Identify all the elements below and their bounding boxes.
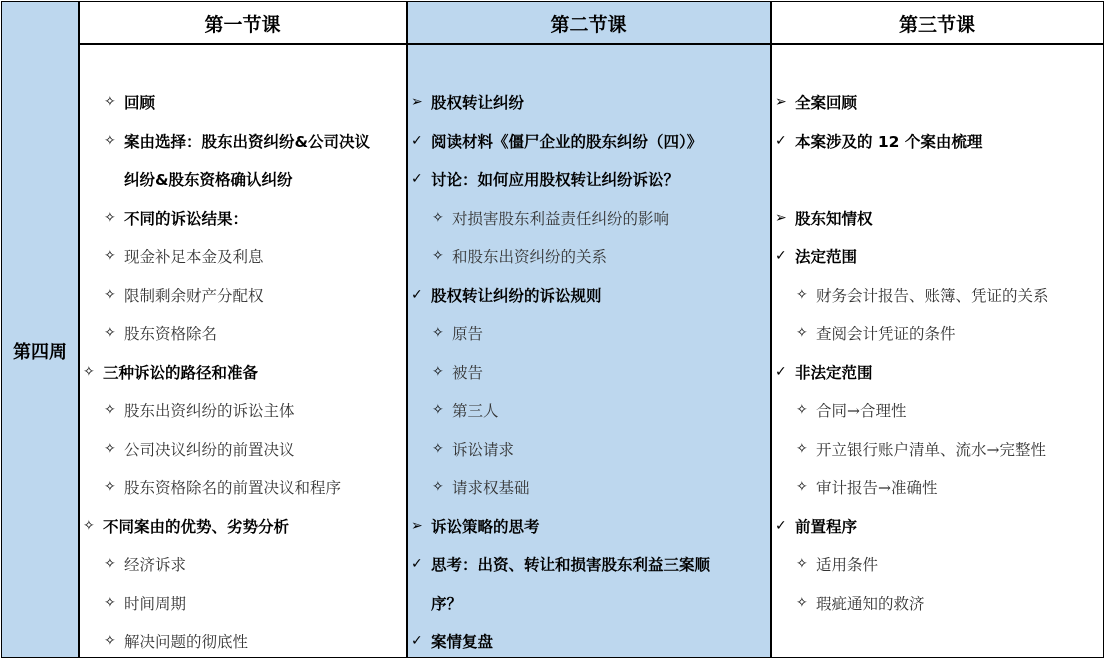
diamond-star-icon: ✧ (796, 595, 816, 611)
list-item-text: 全案回顾 (795, 91, 857, 113)
diamond-star-icon: ✧ (104, 248, 124, 264)
check-icon: ✓ (411, 171, 431, 187)
list-item-text: 限制剩余财产分配权 (124, 284, 264, 306)
list-item: ✧限制剩余财产分配权 (104, 276, 264, 314)
list-item: ✧股东资格除名的前置决议和程序 (104, 468, 341, 506)
list-item: ✧不同的诉讼结果： (104, 199, 248, 237)
list-item-text: 诉讼请求 (452, 438, 514, 460)
list-item: ✧财务会计报告、账簿、凭证的关系 (796, 276, 1049, 314)
list-item-text: 第三人 (452, 399, 499, 421)
diamond-star-icon: ✧ (104, 633, 124, 649)
list-item-text: 前置程序 (795, 515, 857, 537)
diamond-star-icon: ✧ (796, 556, 816, 572)
diamond-star-icon: ✧ (796, 287, 816, 303)
list-item-text: 瑕疵通知的救济 (816, 592, 925, 614)
diamond-star-icon: ✧ (796, 441, 816, 457)
list-item-text: 时间周期 (124, 592, 186, 614)
list-item-text: 阅读材料《僵尸企业的股东纠纷（四）》 (431, 130, 702, 152)
list-item: ✧现金补足本金及利息 (104, 237, 264, 275)
list-item-text: 三种诉讼的路径和准备 (103, 361, 258, 383)
header-session-2: 第二节课 (407, 2, 770, 44)
arrowhead-icon: ➢ (411, 94, 431, 110)
week-label: 第四周 (2, 44, 78, 657)
list-item-text: 案情复盘 (431, 630, 493, 652)
check-icon: ✓ (775, 364, 795, 380)
diamond-star-icon: ✧ (432, 364, 452, 380)
list-item: ✓本案涉及的 12 个案由梳理 (775, 122, 982, 160)
header-session-3: 第三节课 (771, 2, 1103, 44)
list-item: ➢股权转让纠纷 (411, 83, 524, 121)
list-item-text: 请求权基础 (452, 476, 530, 498)
list-item: ✧解决问题的彻底性 (104, 622, 248, 660)
diamond-star-icon: ✧ (796, 402, 816, 418)
list-item: ✧不同案由的优势、劣势分析 (83, 507, 289, 545)
list-item-text: 对损害股东利益责任纠纷的影响 (452, 207, 669, 229)
list-item-text: 股东知情权 (795, 207, 873, 229)
list-item-text: 公司决议纠纷的前置决议 (124, 438, 295, 460)
list-item: ✓阅读材料《僵尸企业的股东纠纷（四）》 (411, 122, 702, 160)
list-item-text: 查阅会计凭证的条件 (816, 322, 956, 344)
list-item-text: 适用条件 (816, 553, 878, 575)
list-item: ✧股东出资纠纷的诉讼主体 (104, 391, 295, 429)
diamond-star-icon: ✧ (432, 210, 452, 226)
diamond-star-icon: ✧ (104, 441, 124, 457)
list-item: ✧合同→合理性 (796, 391, 907, 429)
divider (406, 2, 408, 657)
list-item-text: 法定范围 (795, 245, 857, 267)
list-item-text: 股权转让纠纷 (431, 91, 524, 113)
list-item-text: 股东资格除名 (124, 322, 217, 344)
list-item: ✓讨论：如何应用股权转让纠纷诉讼？ (411, 160, 679, 198)
list-item: ✧被告 (432, 353, 483, 391)
diamond-star-icon: ✧ (104, 133, 124, 149)
diamond-star-icon: ✧ (432, 325, 452, 341)
list-item-text: 股权转让纠纷的诉讼规则 (431, 284, 602, 306)
list-item-text: 和股东出资纠纷的关系 (452, 245, 607, 267)
list-item: ✧回顾 (104, 83, 155, 121)
list-item: ✧原告 (432, 314, 483, 352)
list-item-text: 案由选择：股东出资纠纷&公司决议 (124, 130, 370, 152)
list-item: 序？ (411, 584, 462, 622)
arrowhead-icon: ➢ (775, 210, 795, 226)
header-session-1: 第一节课 (79, 2, 406, 44)
list-item-text: 股东资格除名的前置决议和程序 (124, 476, 341, 498)
list-item: ✧经济诉求 (104, 545, 186, 583)
list-item-text: 讨论：如何应用股权转让纠纷诉讼？ (431, 168, 679, 190)
list-item: ➢诉讼策略的思考 (411, 507, 540, 545)
list-item-text: 不同的诉讼结果： (124, 207, 248, 229)
list-item-text: 合同→合理性 (816, 399, 907, 421)
divider (78, 2, 80, 657)
check-icon: ✓ (775, 518, 795, 534)
list-item: ✧瑕疵通知的救济 (796, 584, 925, 622)
diamond-star-icon: ✧ (796, 325, 816, 341)
diamond-star-icon: ✧ (104, 94, 124, 110)
list-item: ✧公司决议纠纷的前置决议 (104, 430, 295, 468)
list-item-text: 开立银行账户清单、流水→完整性 (816, 438, 1046, 460)
list-item-text: 审计报告→准确性 (816, 476, 938, 498)
list-item: ✧审计报告→准确性 (796, 468, 938, 506)
list-item: ➢股东知情权 (775, 199, 873, 237)
list-item (775, 160, 795, 198)
list-item: 纠纷&股东资格确认纠纷 (104, 160, 293, 198)
diamond-star-icon: ✧ (104, 556, 124, 572)
check-icon: ✓ (411, 287, 431, 303)
list-item: ✧诉讼请求 (432, 430, 514, 468)
list-item-text: 原告 (452, 322, 483, 344)
diamond-star-icon: ✧ (432, 441, 452, 457)
diamond-star-icon: ✧ (83, 364, 103, 380)
list-item: ✧开立银行账户清单、流水→完整性 (796, 430, 1046, 468)
list-item-text: 现金补足本金及利息 (124, 245, 264, 267)
schedule-table: 第一节课 第二节课 第三节课 第四周 ✧回顾✧案由选择：股东出资纠纷&公司决议纠… (1, 1, 1104, 658)
list-item-text: 诉讼策略的思考 (431, 515, 540, 537)
diamond-star-icon: ✧ (104, 325, 124, 341)
list-item: ✓非法定范围 (775, 353, 873, 391)
list-item: ✓前置程序 (775, 507, 857, 545)
list-item: ✧三种诉讼的路径和准备 (83, 353, 258, 391)
check-icon: ✓ (775, 133, 795, 149)
diamond-star-icon: ✧ (796, 479, 816, 495)
divider (770, 2, 772, 657)
list-item-text: 被告 (452, 361, 483, 383)
diamond-star-icon: ✧ (104, 287, 124, 303)
list-item: ✧查阅会计凭证的条件 (796, 314, 956, 352)
check-icon: ✓ (411, 133, 431, 149)
list-item-text: 纠纷&股东资格确认纠纷 (124, 168, 293, 190)
list-item: ✧和股东出资纠纷的关系 (432, 237, 607, 275)
list-item: ✓思考：出资、转让和损害股东利益三案顺 (411, 545, 710, 583)
list-item-text: 经济诉求 (124, 553, 186, 575)
arrowhead-icon: ➢ (775, 94, 795, 110)
list-item-text: 非法定范围 (795, 361, 873, 383)
list-item: ✧股东资格除名 (104, 314, 217, 352)
list-item: ✓案情复盘 (411, 622, 493, 660)
diamond-star-icon: ✧ (432, 402, 452, 418)
list-item: ➢全案回顾 (775, 83, 857, 121)
diamond-star-icon: ✧ (104, 402, 124, 418)
list-item-text: 回顾 (124, 91, 155, 113)
arrowhead-icon: ➢ (411, 518, 431, 534)
list-item-text: 股东出资纠纷的诉讼主体 (124, 399, 295, 421)
list-item: ✓股权转让纠纷的诉讼规则 (411, 276, 602, 314)
list-item-text: 解决问题的彻底性 (124, 630, 248, 652)
list-item: ✧请求权基础 (432, 468, 530, 506)
check-icon: ✓ (775, 248, 795, 264)
diamond-star-icon: ✧ (83, 518, 103, 534)
diamond-star-icon: ✧ (104, 210, 124, 226)
diamond-star-icon: ✧ (104, 479, 124, 495)
list-item-text: 本案涉及的 12 个案由梳理 (795, 130, 982, 152)
list-item: ✧适用条件 (796, 545, 878, 583)
list-item: ✧时间周期 (104, 584, 186, 622)
list-item-text: 序？ (431, 592, 462, 614)
list-item-text: 思考：出资、转让和损害股东利益三案顺 (431, 553, 710, 575)
diamond-star-icon: ✧ (104, 595, 124, 611)
check-icon: ✓ (411, 556, 431, 572)
list-item: ✧第三人 (432, 391, 499, 429)
check-icon: ✓ (411, 633, 431, 649)
diamond-star-icon: ✧ (432, 479, 452, 495)
list-item: ✧案由选择：股东出资纠纷&公司决议 (104, 122, 370, 160)
list-item: ✧对损害股东利益责任纠纷的影响 (432, 199, 669, 237)
list-item-text: 不同案由的优势、劣势分析 (103, 515, 289, 537)
list-item: ✓法定范围 (775, 237, 857, 275)
diamond-star-icon: ✧ (432, 248, 452, 264)
list-item-text: 财务会计报告、账簿、凭证的关系 (816, 284, 1049, 306)
